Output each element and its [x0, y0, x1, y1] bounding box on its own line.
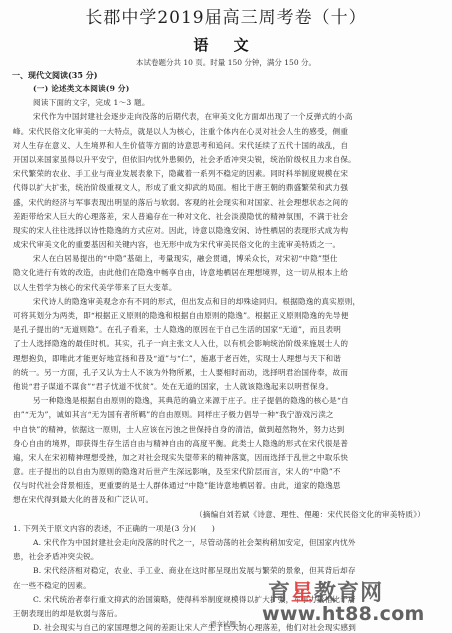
- question-stem: 1. 下列关于原文内容的表述，不正确的一项是(3 分)( ): [13, 522, 425, 536]
- subject-heading: 语 文: [0, 34, 452, 55]
- exam-body: (一) 论述类文本阅读(9 分) 阅读下面的文字，完成 1～3 题。 宋代作为中…: [13, 82, 425, 633]
- exam-title: 长郡中学2019届高三周考卷（十）: [0, 3, 452, 28]
- passage-line: 宋代繁荣的农业、手工业与商业发展表象下，隐藏着一系列不稳定的因素。同时科举制度规…: [13, 167, 425, 181]
- exam-page: 长郡中学2019届高三周考卷（十） 语 文 本试卷题分共 10 页。时量 150…: [0, 0, 452, 633]
- passage-line: 意。庄子提出的以自由为原则的隐逸对后世产生深远影响，及至宋代阶层而言，宋人的“中…: [13, 465, 425, 479]
- passage-line: 遍，宋人在宋初精神理想受挫，加之对社会现实失望带来的精神落寞，因而选择于乱世之中…: [13, 451, 425, 465]
- reading-instruction: 阅读下面的文字，完成 1～3 题。: [13, 96, 425, 110]
- passage-line: 宋代作为中国封建社会逐步走向没落的后期代表，在审美文化方面却出现了一个反弹式的小…: [13, 110, 425, 124]
- passage-line: 宋代诗人的隐逸审美观念亦有不同的形式，但出发点和目的却殊途同归。根据隐逸的真实原…: [13, 295, 425, 309]
- passage-line: 是孔子提出的“无道则隐”。在孔子看来，士人隐逸的原因在于自己生活的国家“无道”，…: [13, 323, 425, 337]
- watermark-url: www.ht88.com: [262, 603, 425, 625]
- passage-line: 隐文化进行有效的改造，由此他们在隐逸中畅享自由，诗意地栖居在理想境界，这一切从根…: [13, 266, 425, 280]
- subsection-heading: (一) 论述类文本阅读(9 分): [13, 82, 425, 96]
- passage-line: 成宋代审美文化的重要基因和关键内容，也无形中成为宋代审美民俗文化的主流审美特质之…: [13, 238, 425, 252]
- exam-meta-info: 本试卷题分共 10 页。时量 150 分钟，满分 150 分。: [0, 57, 452, 68]
- passage-line: 中自快”的精神，依据这一原则，士人应该在污浊之世保持自身的清洁，做到超然物外，努…: [13, 423, 425, 437]
- passage-line: 他说“君子谋道不谋食”“君子忧道不忧贫”。处在无道的国家，士人就该隐逸起来以明哲…: [13, 380, 425, 394]
- reading-passage: 宋代作为中国封建社会逐步走向没落的后期代表，在审美文化方面却出现了一个反弹式的小…: [13, 110, 425, 507]
- passage-line: 理想抱负，即唯此才能更好地宣扬和普及“道”与“仁”，施惠于老百姓，实现士人理想与…: [13, 352, 425, 366]
- passage-line: 另一种隐逸是根据自由原则的隐逸，其典范的确立来源于庄子。庄子提倡的隐逸的核心是“…: [13, 394, 425, 408]
- passage-line: 开国以来国家虽得以升平安宁，但依旧内忧外患频仍，社会矛盾冲突尖锐，统治阶级权且力…: [13, 153, 425, 167]
- passage-line: 盛，宋代的经济与军事表现出明显的落后与软弱。客观的社会现实和对国家、社会理想状态…: [13, 196, 425, 210]
- passage-line: 差距带给宋人巨大的心理落差，宋人普遍存在一种对文化、社会淡漠隐忧的精神氛围，不满…: [13, 210, 425, 224]
- passage-line: 的统一。另一方面，孔子又认为士人不该为外物所累，士人要相时而动，选择明君治国侍奉…: [13, 366, 425, 380]
- passage-line: 可将其划分为两类，即“根据正义原则的隐逸和根据自由原则的隐逸”。根据正义原则隐逸…: [13, 309, 425, 323]
- passage-source: （摘编自刘若斌《诗意、理性、俚趣：宋代民俗文化的审美特质》）: [13, 508, 425, 522]
- passage-line: 了士人选择隐逸的最佳时机。其实，孔子一向主张文人入仕，以有机会影响统治阶级来施展…: [13, 337, 425, 351]
- passage-line: 想在宋代得到最大化的普及和广泛认可。: [13, 493, 425, 507]
- passage-line: 峰。宋代民俗文化审美的一大特点，就是以人为核心，注重个体内在心灵对社会人生的感受…: [13, 125, 425, 139]
- section-heading: 一、现代文阅读(35 分): [12, 70, 98, 81]
- passage-line: 代得以扩大扩张，统治阶级重视文人，形成了重文抑武的局面。相比于唐王朝的鼎盛繁荣和…: [13, 181, 425, 195]
- passage-line: 宋人在白居易提出的“中隐”基础上，考量现实，融会贯通，博采众长，对宋初“中隐”型…: [13, 252, 425, 266]
- option-line: 患，社会矛盾冲突尖锐。: [13, 550, 425, 564]
- passage-line: 仅与时代社会背景相连，更重要的是士人群体通过“中隐”能诗意地栖居着。由此，道家的…: [13, 479, 425, 493]
- passage-line: 对人生存在意义、人生境界和人生价值等方面的诗意思考和追问。宋代延续了五代十国的战…: [13, 139, 425, 153]
- passage-line: 以人生哲学为核心的宋代美学带来了巨大变革。: [13, 281, 425, 295]
- passage-line: 身心自由的境界，即获得生存生活自由与精神自由的高度平衡。此类士人隐逸的形式在宋代…: [13, 437, 425, 451]
- passage-line: 由”“无为”，诚如其言“无为国有者所羁”的自由原则。同样庄子极力倡导一种“我宁游…: [13, 408, 425, 422]
- passage-line: 现实的宋人往往选择以诗性隐逸的方式应对。因此，诗意以隐逸安闲、诗性栖居的表现形式…: [13, 224, 425, 238]
- option-line: A. 宋代作为中国封建社会走向没落的时代之一，尽管动荡的社会架构稍加安定，但国家…: [13, 536, 425, 550]
